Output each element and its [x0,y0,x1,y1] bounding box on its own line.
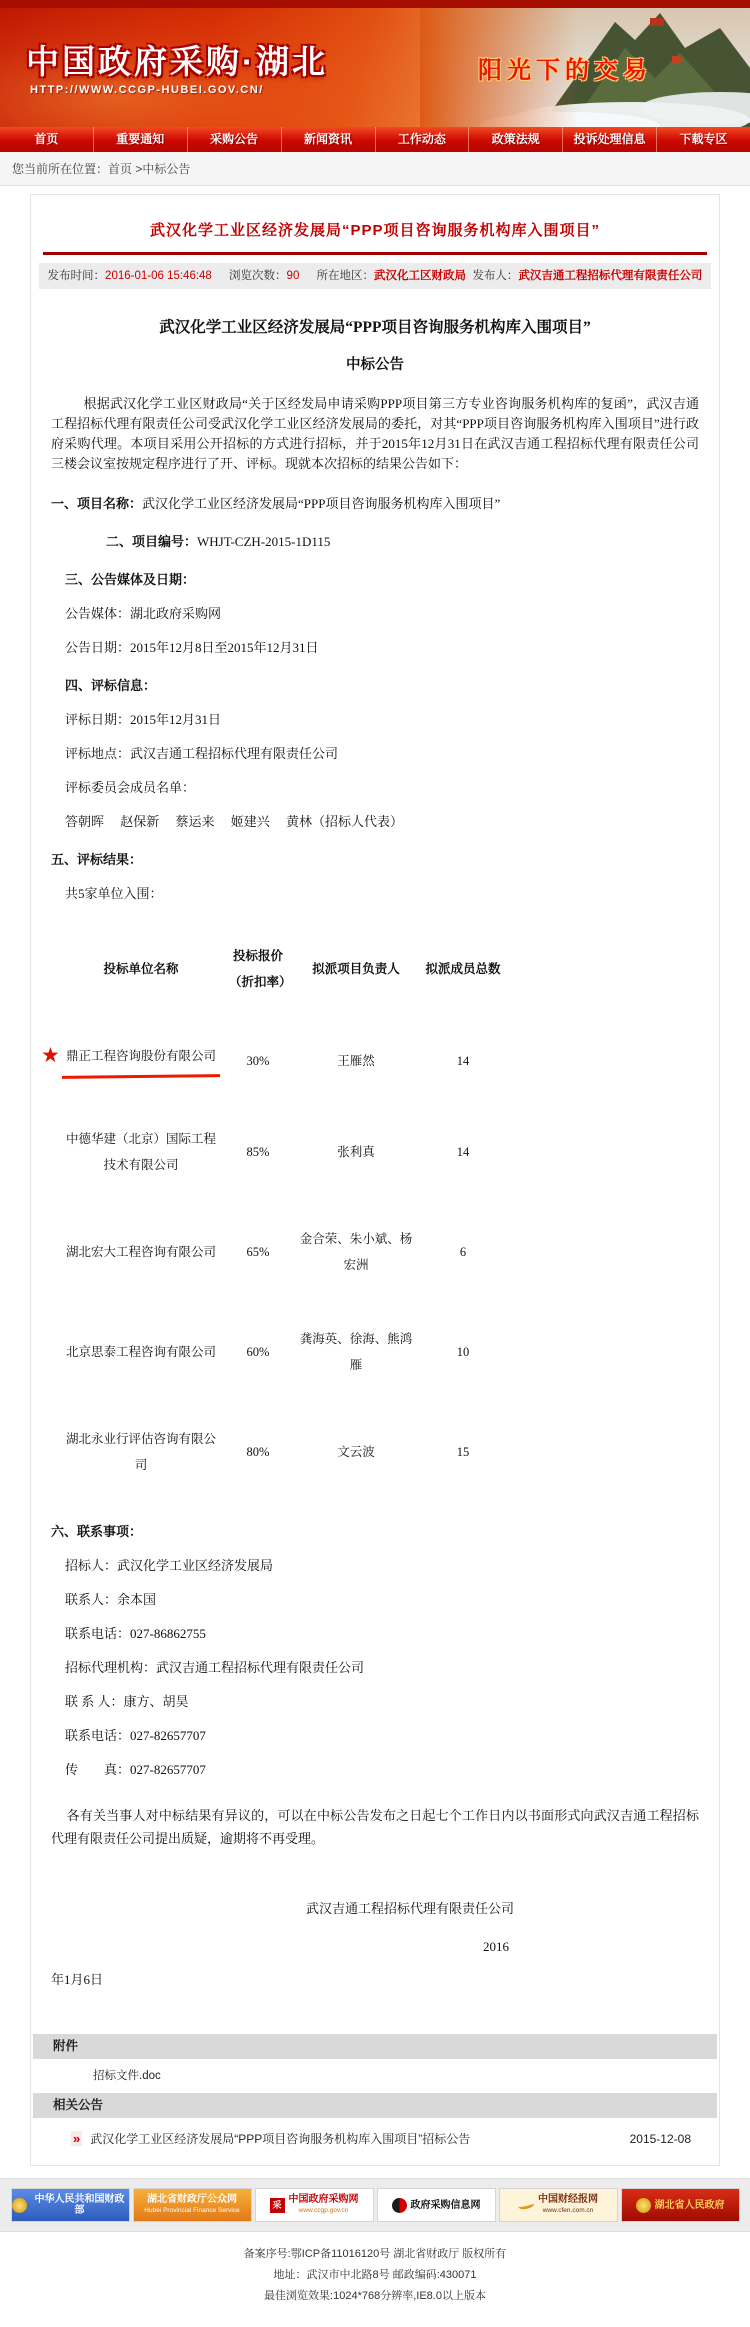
breadcrumb-home-link[interactable]: 首页 [108,162,132,176]
related-announcement-link[interactable]: 武汉化学工业区经济发展局“PPP项目咨询服务机构库入围项目”招标公告 [90,2130,609,2147]
signature-year: 2016 [51,1939,699,1955]
evaluation-place-line: 评标地点：武汉吉通工程招标代理有限责任公司 [51,745,699,762]
swoosh-icon [517,2199,534,2210]
publish-time-value: 2016-01-06 15:46:48 [105,270,212,282]
evaluation-date-line: 评标日期：2015年12月31日 [51,711,699,728]
nav-item-work[interactable]: 工作动态 [375,127,469,152]
attachment-file-link[interactable]: 招标文件.doc [31,2059,719,2093]
site-logo-title[interactable]: 中国政府采购·湖北 [26,36,328,83]
header-price: 投标报价（折扣率） [225,919,291,1019]
site-url: HTTP://WWW.CCGP-HUBEI.GOV.CN/ [30,84,264,96]
intro-paragraph: 根据武汉化学工业区财政局“关于区经发局申请采购PPP项目第三方专业咨询服务机构库… [51,394,699,474]
fax-line: 传 真：027-82657707 [51,1761,699,1778]
committee-names-line: 答朝晖 赵保新 蔡运来 姬建兴 黄林（招标人代表） [51,813,699,830]
gov-emblem-icon [636,2198,651,2213]
footer-logo-strip: 中华人民共和国财政部 湖北省财政厅公众网Hubei Provincial Fin… [0,2178,750,2232]
nav-item-news[interactable]: 新闻资讯 [281,127,375,152]
breadcrumb-current: 中标公告 [142,162,190,176]
related-announcement-date: 2015-12-08 [630,2132,691,2146]
agency-line: 招标代理机构：武汉吉通工程招标代理有限责任公司 [51,1659,699,1676]
circle-logo-icon [392,2198,407,2213]
publish-time-label: 发布时间： [48,270,106,282]
article-panel: 武汉化学工业区经济发展局“PPP项目咨询服务机构库入围项目” 发布时间：2016… [30,194,720,2166]
table-header-row: 投标单位名称 投标报价（折扣率） 拟派项目负责人 拟派成员总数 [57,919,505,1019]
project-number-line: 二、项目编号：WHJT-CZH-2015-1D115 [51,533,699,550]
footer-logo-mof[interactable]: 中华人民共和国财政部 [11,2188,130,2222]
agency-phone-line: 联系电话：027-82657707 [51,1727,699,1744]
tenderer-line: 招标人：武汉化学工业区经济发展局 [51,1557,699,1574]
nav-item-procurement[interactable]: 采购公告 [187,127,281,152]
document-title: 武汉化学工业区经济发展局“PPP项目咨询服务机构库入围项目” [51,315,699,337]
views-label: 浏览次数： [229,270,287,282]
evaluation-section-heading: 四、评标信息： [51,677,699,694]
footer-logo-hubei-finance[interactable]: 湖北省财政厅公众网Hubei Provincial Finance Servic… [133,2188,252,2222]
contact-section-heading: 六、联系事项： [51,1523,699,1540]
result-section-heading: 五、评标结果： [51,851,699,868]
related-section-bar: 相关公告 [33,2093,717,2118]
site-slogan: 阳光下的交易 [478,50,652,85]
table-row: 湖北永业行评估咨询有限公司 80% 文云波 15 [57,1402,505,1502]
views-value: 90 [287,270,300,282]
nav-item-policies[interactable]: 政策法规 [468,127,562,152]
nav-item-notices[interactable]: 重要通知 [93,127,187,152]
footer-address-line: 地址：武汉市中北路8号 邮政编码:430071 [0,2265,750,2286]
nav-item-home[interactable]: 首页 [0,127,93,152]
media-section-heading: 三、公告媒体及日期： [51,571,699,588]
nav-item-complaints[interactable]: 投诉处理信息 [562,127,656,152]
announcement-document: 武汉化学工业区经济发展局“PPP项目咨询服务机构库入围项目” 中标公告 根据武汉… [31,289,719,2034]
page-title: 武汉化学工业区经济发展局“PPP项目咨询服务机构库入围项目” [31,211,719,252]
nav-item-downloads[interactable]: 下载专区 [656,127,750,152]
arrow-bullet-icon: » [71,2131,82,2146]
media-line: 公告媒体：湖北政府采购网 [51,605,699,622]
breadcrumb: 您当前所在位置：首页 >中标公告 [0,152,750,186]
agency-contact-line: 联 系 人：康方、胡昊 [51,1693,699,1710]
region-label: 所在地区： [317,270,375,282]
region-value: 武汉化工区财政局 [374,270,466,282]
contact-person-line: 联系人：余本国 [51,1591,699,1608]
project-name-line: 一、项目名称：武汉化学工业区经济发展局“PPP项目咨询服务机构库入围项目” [51,495,699,512]
footer-logo-hubei-gov[interactable]: 湖北省人民政府 [621,2188,740,2222]
article-meta-bar: 发布时间：2016-01-06 15:46:48 浏览次数：90 所在地区：武汉… [39,263,711,289]
attachments-section-bar: 附件 [33,2034,717,2059]
table-row: 湖北宏大工程咨询有限公司 65% 金合荣、朱小斌、杨宏洲 6 [57,1202,505,1302]
signature-date: 年1月6日 [51,1969,699,1988]
winner-star-icon: ★ [41,1045,60,1066]
main-nav: 首页 重要通知 采购公告 新闻资讯 工作动态 政策法规 投诉处理信息 下载专区 [0,127,750,152]
footer-logo-procurement-info[interactable]: 政府采购信息网 [377,2188,496,2222]
related-announcement-item: » 武汉化学工业区经济发展局“PPP项目咨询服务机构库入围项目”招标公告 201… [31,2118,719,2165]
publisher-label: 发布人： [472,270,518,282]
result-table: 投标单位名称 投标报价（折扣率） 拟派项目负责人 拟派成员总数 ★ 鼎正工程咨询… [57,919,505,1502]
footer-logo-cfen[interactable]: 中国财经报网www.cfen.com.cn [499,2188,618,2222]
top-strip [0,0,750,8]
prc-emblem-icon [12,2198,27,2213]
winner-company-cell: ★ 鼎正工程咨询股份有限公司 [57,1019,225,1102]
footer-info: 备案序号:鄂ICP备11016120号 湖北省财政厅 版权所有 地址：武汉市中北… [0,2232,750,2327]
document-subtitle: 中标公告 [51,353,699,374]
contact-phone-line: 联系电话：027-86862755 [51,1625,699,1642]
announce-date-line: 公告日期：2015年12月8日至2015年12月31日 [51,639,699,656]
seal-icon: 采 [270,2198,285,2213]
table-row: 中德华建（北京）国际工程技术有限公司 85% 张利真 14 [57,1102,505,1202]
winner-underline [62,1074,220,1079]
objection-paragraph: 各有关当事人对中标结果有异议的，可以在中标公告发布之日起七个工作日内以书面形式向… [51,1804,699,1850]
publisher-value: 武汉吉通工程招标代理有限责任公司 [518,270,702,282]
signature-company: 武汉吉通工程招标代理有限责任公司 [51,1898,699,1917]
header-members: 拟派成员总数 [421,919,505,1019]
footer-logo-ccgp[interactable]: 采 中国政府采购网www.ccgp.gov.cn [255,2188,374,2222]
table-row: ★ 鼎正工程咨询股份有限公司 30% 王雁然 14 [57,1019,505,1102]
title-divider [43,252,707,255]
shortlist-count-line: 共5家单位入围： [51,885,699,902]
header-manager: 拟派项目负责人 [291,919,421,1019]
header-company: 投标单位名称 [57,919,225,1019]
footer-browser-line: 最佳浏览效果:1024*768分辨率,IE8.0以上版本 [0,2286,750,2307]
site-banner: 中国政府采购·湖北 HTTP://WWW.CCGP-HUBEI.GOV.CN/ … [0,8,750,127]
table-row: 北京思泰工程咨询有限公司 60% 龚海英、徐海、熊鸿雁 10 [57,1302,505,1402]
footer-icp-line: 备案序号:鄂ICP备11016120号 湖北省财政厅 版权所有 [0,2244,750,2265]
committee-label-line: 评标委员会成员名单： [51,779,699,796]
breadcrumb-prefix: 您当前所在位置： [12,162,108,176]
